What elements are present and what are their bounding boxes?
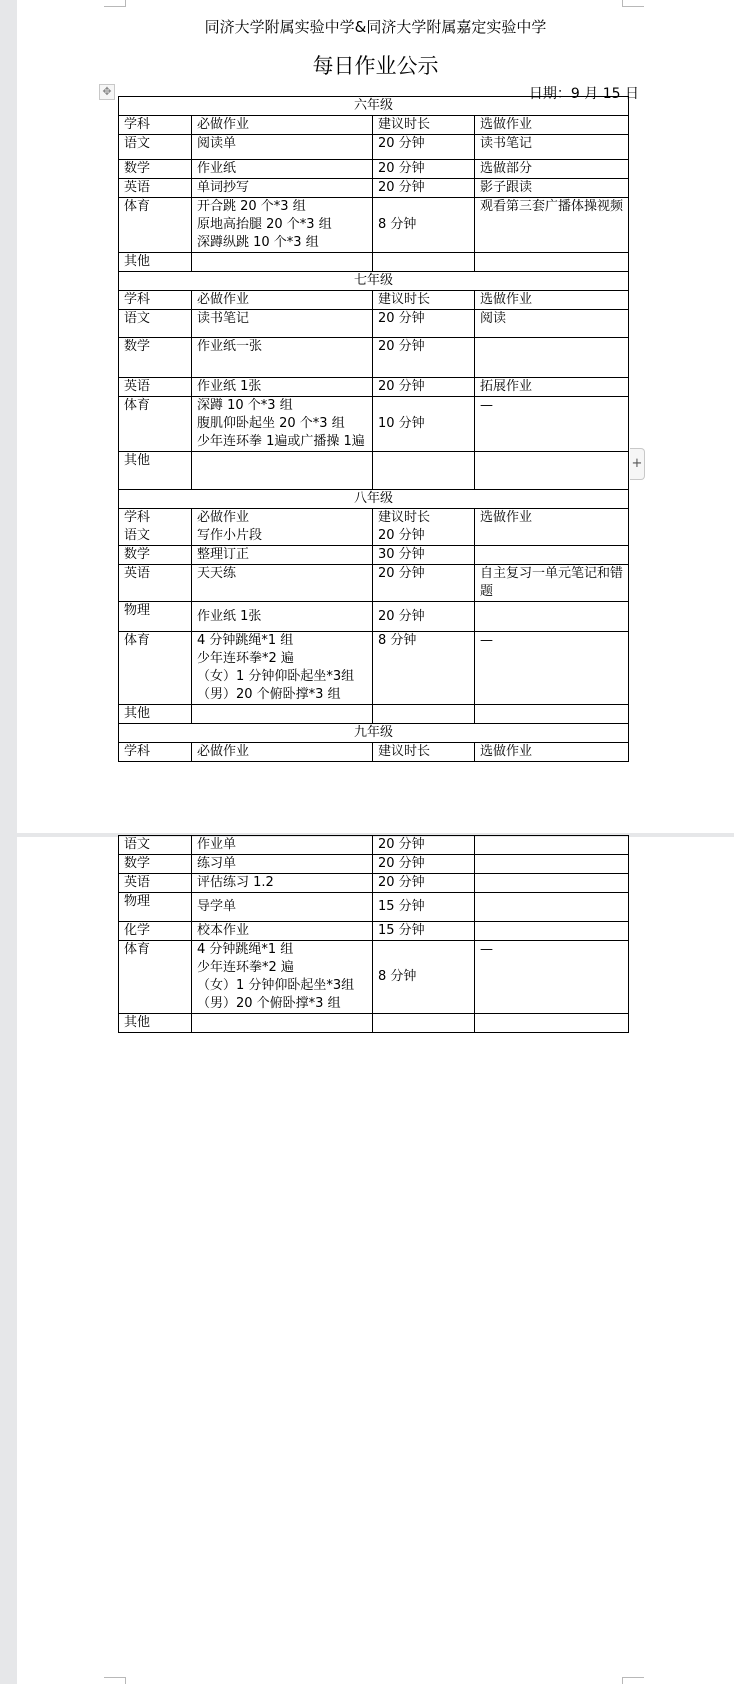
duration-cell[interactable]: 8 分钟 [373,941,475,1014]
duration-cell[interactable]: 20 分钟 [373,160,475,179]
required-cell[interactable]: 练习单 [192,855,373,874]
subject-cell[interactable]: 语文 [119,310,192,338]
duration-cell[interactable]: 15 分钟 [373,922,475,941]
document-page-1: 同济大学附属实验中学&同济大学附属嘉定实验中学 每日作业公示 ✥ 日期：9 月 … [17,0,734,833]
optional-cell[interactable] [475,893,629,922]
column-header: 选做作业 [475,509,629,546]
table-move-handle-icon[interactable]: ✥ [99,84,115,100]
column-header-row: 学科 必做作业 建议时长 选做作业 [119,116,629,135]
subject-cell[interactable]: 语文 [124,528,150,543]
optional-cell[interactable]: — [475,397,629,452]
required-cell[interactable]: 深蹲 10 个*3 组 腹肌仰卧起坐 20 个*3 组 少年连环拳 1遍或广播操… [192,397,373,452]
optional-cell[interactable]: — [475,941,629,1014]
optional-cell[interactable]: 读书笔记 [475,135,629,160]
column-header: 学科 [119,291,192,310]
optional-cell[interactable]: 自主复习一单元笔记和错题 [475,565,629,602]
required-cell[interactable]: 作业纸一张 [192,338,373,378]
required-cell[interactable]: 4 分钟跳绳*1 组 少年连环拳*2 遍 （女）1 分钟仰卧起坐*3组 （男）2… [192,632,373,705]
duration-cell[interactable]: 20 分钟 [373,836,475,855]
subject-cell[interactable]: 物理 [119,893,192,922]
subject-cell[interactable]: 数学 [119,338,192,378]
duration-cell[interactable]: 15 分钟 [373,893,475,922]
column-header: 学科 [119,743,192,762]
table-row: 语文 读书笔记 20 分钟 阅读 [119,310,629,338]
grade-heading: 七年级 [119,272,629,291]
duration-cell[interactable]: 8 分钟 [373,632,475,705]
duration-cell[interactable]: 20 分钟 [373,602,475,632]
optional-cell[interactable] [475,452,629,490]
optional-cell[interactable] [475,253,629,272]
required-cell[interactable]: 单词抄写 [192,179,373,198]
table-row: 数学 作业纸一张 20 分钟 [119,338,629,378]
column-header: 必做作业 写作小片段 [192,509,373,546]
subject-cell[interactable]: 数学 [119,855,192,874]
subject-cell[interactable]: 其他 [119,452,192,490]
required-cell[interactable] [192,452,373,490]
subject-cell[interactable]: 语文 [119,135,192,160]
subject-cell[interactable]: 其他 [119,705,192,724]
column-header: 选做作业 [475,291,629,310]
subject-cell[interactable]: 英语 [119,378,192,397]
optional-cell[interactable] [475,705,629,724]
optional-cell[interactable] [475,546,629,565]
duration-cell[interactable]: 10 分钟 [373,397,475,452]
required-cell[interactable]: 导学单 [192,893,373,922]
required-cell[interactable]: 作业纸 1张 [192,378,373,397]
table-row: 体育 4 分钟跳绳*1 组 少年连环拳*2 遍 （女）1 分钟仰卧起坐*3组 （… [119,941,629,1014]
duration-cell[interactable] [373,253,475,272]
duration-cell[interactable]: 8 分钟 [373,198,475,253]
column-header: 建议时长 [373,291,475,310]
column-header: 必做作业 [192,291,373,310]
column-header: 选做作业 [475,116,629,135]
subject-cell[interactable]: 化学 [119,922,192,941]
duration-cell[interactable]: 20 分钟 [373,565,475,602]
table-row: 化学 校本作业 15 分钟 [119,922,629,941]
duration-cell[interactable]: 20 分钟 [373,310,475,338]
table-row: 其他 [119,705,629,724]
margin-corner-mark [104,0,126,7]
table-row: 语文 阅读单 20 分钟 读书笔记 [119,135,629,160]
subject-cell[interactable]: 英语 [119,874,192,893]
table-row: 物理 作业纸 1张 20 分钟 [119,602,629,632]
optional-cell[interactable] [475,602,629,632]
duration-cell[interactable]: 20 分钟 [373,855,475,874]
optional-cell[interactable] [475,1014,629,1033]
table-row: 英语 作业纸 1张 20 分钟 拓展作业 [119,378,629,397]
table-row: 数学 作业纸 20 分钟 选做部分 [119,160,629,179]
optional-cell[interactable]: 拓展作业 [475,378,629,397]
duration-cell[interactable]: 20 分钟 [378,528,425,543]
duration-cell[interactable]: 20 分钟 [373,135,475,160]
table-row: 数学 练习单 20 分钟 [119,855,629,874]
optional-cell[interactable]: 阅读 [475,310,629,338]
required-cell[interactable]: 校本作业 [192,922,373,941]
margin-corner-mark [622,1677,644,1684]
page-title: 每日作业公示 [17,50,734,80]
table-row: 其他 [119,1014,629,1033]
column-header: 必做作业 [192,116,373,135]
margin-corner-mark [622,0,644,7]
margin-corner-mark [104,1677,126,1684]
homework-table-continued: 语文 作业单 20 分钟 数学 练习单 20 分钟 英语 评估练习 1.2 20… [118,835,629,1033]
column-header: 学科 [119,116,192,135]
required-cell[interactable] [192,253,373,272]
subject-cell[interactable]: 语文 [119,836,192,855]
table-row: 体育 开合跳 20 个*3 组 原地高抬腿 20 个*3 组 深蹲纵跳 10 个… [119,198,629,253]
optional-cell[interactable]: 选做部分 [475,160,629,179]
duration-cell[interactable]: 30 分钟 [373,546,475,565]
table-row: 其他 [119,253,629,272]
optional-cell[interactable]: 观看第三套广播体操视频 [475,198,629,253]
column-header: 选做作业 [475,743,629,762]
required-cell[interactable]: 开合跳 20 个*3 组 原地高抬腿 20 个*3 组 深蹲纵跳 10 个*3 … [192,198,373,253]
required-cell[interactable]: 4 分钟跳绳*1 组 少年连环拳*2 遍 （女）1 分钟仰卧起坐*3组 （男）2… [192,941,373,1014]
table-row: 其他 [119,452,629,490]
subject-cell[interactable]: 体育 [119,632,192,705]
optional-cell[interactable] [475,855,629,874]
column-header: 建议时长 [373,116,475,135]
duration-cell[interactable]: 20 分钟 [373,338,475,378]
column-header: 学科 语文 [119,509,192,546]
required-cell[interactable]: 阅读单 [192,135,373,160]
required-cell[interactable]: 作业单 [192,836,373,855]
required-cell[interactable]: 天天练 [192,565,373,602]
school-header: 同济大学附属实验中学&同济大学附属嘉定实验中学 [17,16,734,37]
required-cell[interactable]: 写作小片段 [197,528,262,543]
table-row: 语文 作业单 20 分钟 [119,836,629,855]
duration-cell[interactable] [373,452,475,490]
required-cell[interactable]: 读书笔记 [192,310,373,338]
subject-cell[interactable]: 其他 [119,253,192,272]
table-row: 物理 导学单 15 分钟 [119,893,629,922]
required-cell[interactable]: 作业纸 1张 [192,602,373,632]
required-cell[interactable] [192,705,373,724]
subject-cell[interactable]: 数学 [119,160,192,179]
table-row: 体育 4 分钟跳绳*1 组 少年连环拳*2 遍 （女）1 分钟仰卧起坐*3组 （… [119,632,629,705]
subject-cell[interactable]: 体育 [119,941,192,1014]
table-row: 体育 深蹲 10 个*3 组 腹肌仰卧起坐 20 个*3 组 少年连环拳 1遍或… [119,397,629,452]
optional-cell[interactable] [475,874,629,893]
subject-cell[interactable]: 数学 [119,546,192,565]
grade-heading: 九年级 [119,724,629,743]
required-cell[interactable]: 作业纸 [192,160,373,179]
duration-cell[interactable] [373,1014,475,1033]
column-header: 建议时长 [373,743,475,762]
optional-cell[interactable] [475,338,629,378]
subject-cell[interactable]: 英语 [119,565,192,602]
optional-cell[interactable]: — [475,632,629,705]
required-cell[interactable]: 评估练习 1.2 [192,874,373,893]
column-header: 建议时长 20 分钟 [373,509,475,546]
homework-table: 六年级 学科 必做作业 建议时长 选做作业 语文 阅读单 20 分钟 读书笔记 … [118,96,629,762]
duration-cell[interactable] [373,705,475,724]
grade-heading: 八年级 [119,490,629,509]
table-row: 英语 单词抄写 20 分钟 影子跟读 [119,179,629,198]
table-row: 数学 整理订正 30 分钟 [119,546,629,565]
optional-cell[interactable]: 影子跟读 [475,179,629,198]
optional-cell[interactable] [475,922,629,941]
duration-cell[interactable]: 20 分钟 [373,179,475,198]
table-row: 英语 天天练 20 分钟 自主复习一单元笔记和错题 [119,565,629,602]
duration-cell[interactable]: 20 分钟 [373,378,475,397]
column-header-row: 学科 必做作业 建议时长 选做作业 [119,291,629,310]
column-header: 必做作业 [192,743,373,762]
add-column-button[interactable]: + [630,448,645,480]
grade-heading: 六年级 [119,97,629,116]
column-header-row: 学科 必做作业 建议时长 选做作业 [119,743,629,762]
subject-cell[interactable]: 其他 [119,1014,192,1033]
subject-cell[interactable]: 物理 [119,602,192,632]
column-header-row: 学科 语文 必做作业 写作小片段 建议时长 20 分钟 选做作业 [119,509,629,546]
duration-cell[interactable]: 20 分钟 [373,874,475,893]
subject-cell[interactable]: 英语 [119,179,192,198]
required-cell[interactable]: 整理订正 [192,546,373,565]
table-row: 英语 评估练习 1.2 20 分钟 [119,874,629,893]
subject-cell[interactable]: 体育 [119,198,192,253]
optional-cell[interactable] [475,836,629,855]
subject-cell[interactable]: 体育 [119,397,192,452]
required-cell[interactable] [192,1014,373,1033]
document-page-2: 语文 作业单 20 分钟 数学 练习单 20 分钟 英语 评估练习 1.2 20… [17,837,734,1684]
